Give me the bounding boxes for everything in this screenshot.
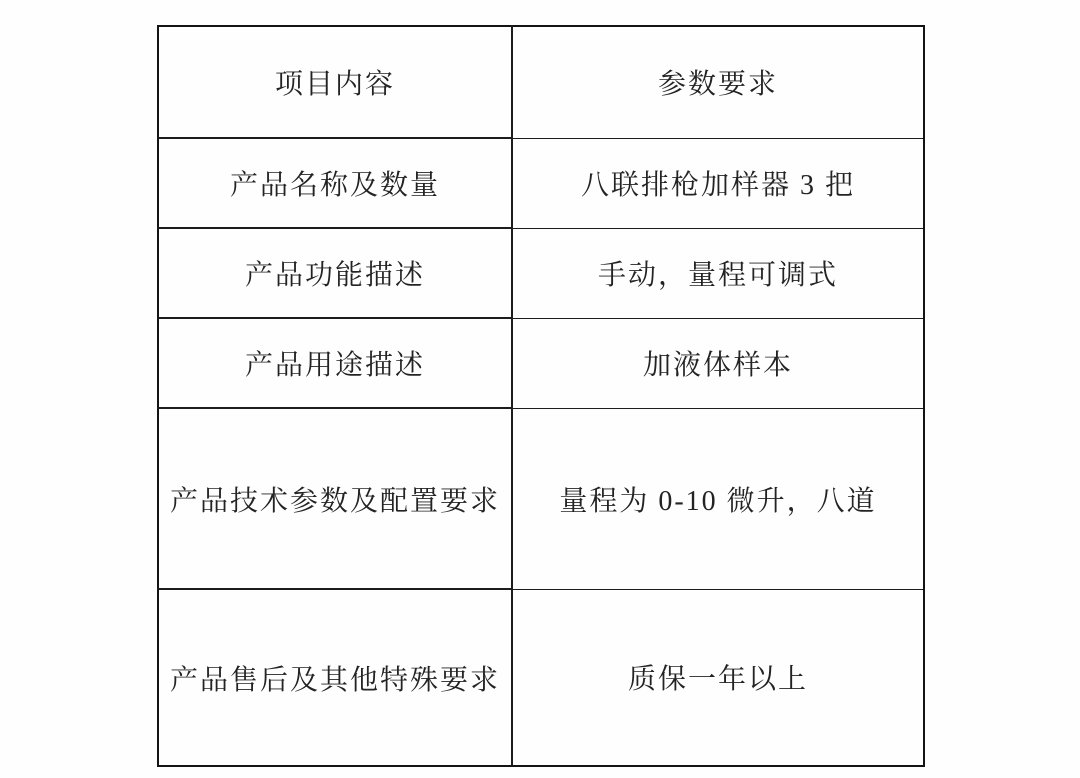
item-cell-after-sales: 产品售后及其他特殊要求 bbox=[158, 589, 512, 766]
value-cell-usage-desc: 加液体样本 bbox=[512, 318, 924, 408]
item-cell-usage-desc: 产品用途描述 bbox=[158, 318, 512, 408]
header-cell-params: 参数要求 bbox=[512, 26, 924, 138]
table-row: 产品售后及其他特殊要求 质保一年以上 bbox=[158, 589, 924, 766]
value-cell-function-desc: 手动，量程可调式 bbox=[512, 228, 924, 318]
header-cell-item: 项目内容 bbox=[158, 26, 512, 138]
requirements-table: 项目内容 参数要求 产品名称及数量 八联排枪加样器 3 把 产品功能描述 手动，… bbox=[157, 25, 925, 767]
table-row: 产品名称及数量 八联排枪加样器 3 把 bbox=[158, 138, 924, 228]
document-page: 项目内容 参数要求 产品名称及数量 八联排枪加样器 3 把 产品功能描述 手动，… bbox=[0, 0, 1080, 778]
table-row: 产品技术参数及配置要求 量程为 0-10 微升，八道 bbox=[158, 408, 924, 589]
table-row: 产品用途描述 加液体样本 bbox=[158, 318, 924, 408]
table-header-row: 项目内容 参数要求 bbox=[158, 26, 924, 138]
value-cell-after-sales: 质保一年以上 bbox=[512, 589, 924, 766]
item-cell-function-desc: 产品功能描述 bbox=[158, 228, 512, 318]
item-cell-product-name: 产品名称及数量 bbox=[158, 138, 512, 228]
value-cell-tech-params: 量程为 0-10 微升，八道 bbox=[512, 408, 924, 589]
item-cell-tech-params: 产品技术参数及配置要求 bbox=[158, 408, 512, 589]
table-row: 产品功能描述 手动，量程可调式 bbox=[158, 228, 924, 318]
value-cell-product-name: 八联排枪加样器 3 把 bbox=[512, 138, 924, 228]
